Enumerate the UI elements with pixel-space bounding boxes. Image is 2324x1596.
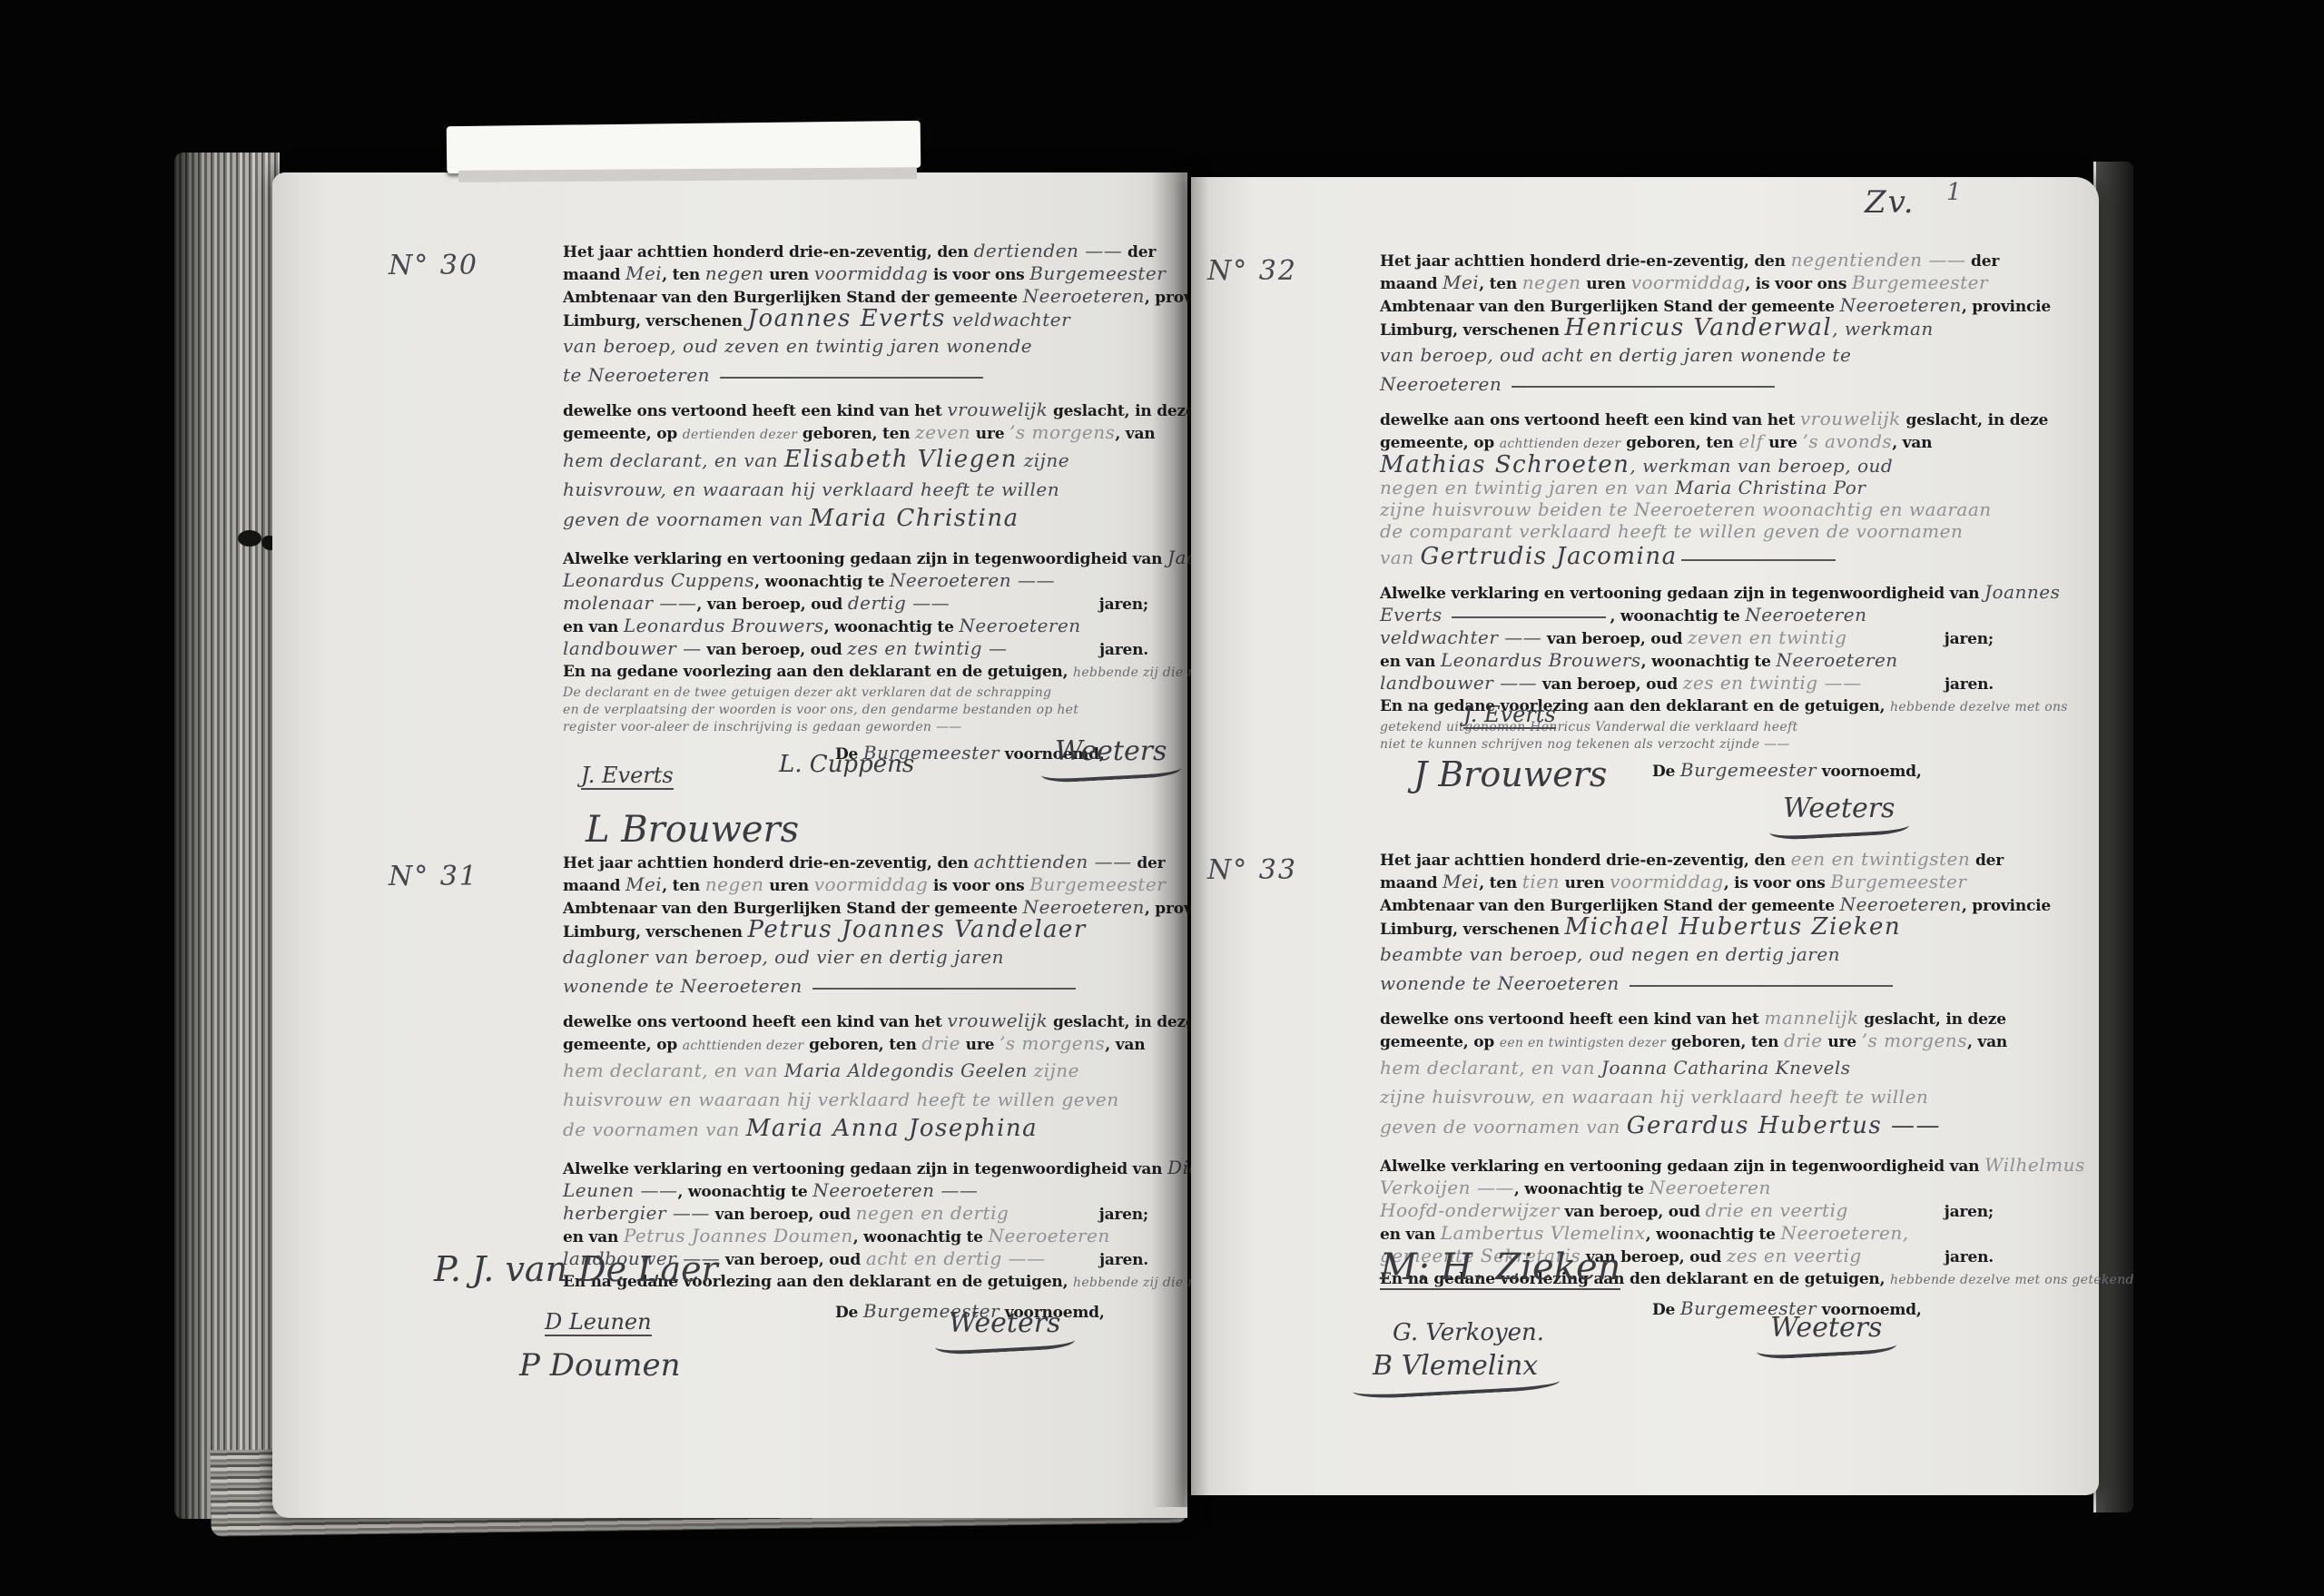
left-page-edges bbox=[174, 153, 280, 1519]
print-text: jaren; bbox=[1099, 595, 1148, 616]
print-text: , woonachtig te bbox=[754, 573, 890, 591]
handwritten-text: voormiddag bbox=[1610, 871, 1724, 892]
handwritten-text: hebbende dezelve met ons bbox=[1890, 700, 2068, 714]
handwritten-text: Hoofd-onderwijzer bbox=[1380, 1199, 1560, 1221]
record-line: Alwelke verklaring en vertooning gedaan … bbox=[1380, 582, 1994, 605]
handwritten-text: te Neeroeteren bbox=[563, 364, 716, 386]
print-text: Ambtenaar van den Burgerlijken Stand der… bbox=[563, 900, 1023, 918]
handwritten-text: elf bbox=[1738, 430, 1763, 452]
record-line: van beroep, oud zeven en twintig jaren w… bbox=[563, 332, 1148, 361]
handwritten-text: van bbox=[1380, 547, 1420, 568]
handwritten-text: zijne bbox=[1018, 449, 1069, 471]
handwritten-text: Wilhelmus bbox=[1984, 1154, 2085, 1176]
record-line: De declarant en de twee getuigen dezer a… bbox=[563, 684, 1148, 701]
print-text: der bbox=[1965, 252, 1999, 271]
handwritten-text: Gerardus Hubertus —— bbox=[1627, 1112, 1941, 1139]
print-text: maand bbox=[563, 266, 625, 284]
print-text: maand bbox=[1380, 275, 1443, 293]
handwritten-text: zes en twintig — bbox=[847, 637, 1007, 659]
print-text: Alwelke verklaring en vertooning gedaan … bbox=[1380, 1158, 1984, 1176]
print-text: jaren. bbox=[1099, 1250, 1148, 1271]
record-line: en van Leonardus Brouwers, woonachtig te… bbox=[1380, 650, 1994, 673]
print-text: Limburg, verschenen bbox=[563, 312, 748, 330]
handwritten-text: Neeroeteren bbox=[1840, 893, 1962, 915]
record-number: N° 33 bbox=[1207, 854, 1297, 886]
print-text: jaren; bbox=[1099, 1205, 1148, 1226]
print-text: , van beroep, oud bbox=[696, 596, 847, 614]
record-line: en van Petrus Joannes Doumen, woonachtig… bbox=[563, 1226, 1148, 1248]
record-line: van Gertrudis Jacomina bbox=[1380, 543, 1994, 573]
birth-act-31: N° 31Het jaar achttien honderd drie-en-z… bbox=[272, 852, 1187, 1324]
left-page: N° 30Het jaar achttien honderd drie-en-z… bbox=[272, 172, 1187, 1518]
print-text: Ambtenaar van den Burgerlijken Stand der… bbox=[563, 289, 1023, 307]
record-line: Everts , woonachtig te Neeroeteren bbox=[1380, 605, 1994, 627]
print-text: En na gedane voorlezing aan den deklaran… bbox=[563, 663, 1073, 681]
handwritten-text: niet te kunnen schrijven nog tekenen als… bbox=[1380, 737, 1790, 752]
handwritten-text: Petrus Joannes Doumen bbox=[624, 1225, 853, 1246]
record-line: maand Mei, ten negen uren voormiddag is … bbox=[563, 874, 1148, 897]
print-text: ure bbox=[960, 1036, 1000, 1054]
handwritten-text: een en twintigsten dezer bbox=[1500, 1036, 1666, 1050]
handwritten-text: negen bbox=[705, 262, 764, 284]
print-text: , woonachtig te bbox=[677, 1183, 812, 1201]
print-text: is voor ons bbox=[928, 877, 1029, 895]
handwritten-text: Joanna Catharina Knevels bbox=[1601, 1057, 1851, 1079]
handwritten-text: hebbende dezelve met ons getekend bbox=[1890, 1273, 2134, 1287]
handwritten-text: Elisabeth Vliegen bbox=[784, 446, 1018, 473]
handwritten-text: hem declarant, en van bbox=[1380, 1057, 1601, 1079]
print-text: jaren. bbox=[1099, 640, 1148, 661]
handwritten-text: Mei bbox=[625, 262, 662, 284]
sig-30-brouwers: L Brouwers bbox=[586, 809, 799, 851]
print-text: geboren, ten bbox=[1666, 1033, 1784, 1051]
record-line: hem declarant, en van Elisabeth Vliegen … bbox=[563, 446, 1148, 476]
record-line: de voornamen van Maria Anna Josephina bbox=[563, 1115, 1148, 1145]
handwritten-text: hem declarant, en van bbox=[563, 449, 784, 471]
print-text: uren bbox=[764, 266, 814, 284]
handwritten-text: achttienden dezer bbox=[1500, 437, 1621, 451]
print-text: Het jaar achttien honderd drie-en-zevent… bbox=[563, 243, 974, 261]
handwritten-text: Neeroeteren bbox=[1023, 896, 1145, 918]
sig-33-weeters: Weeters bbox=[1770, 1312, 1882, 1360]
record-line: En na gedane voorlezing aan den deklaran… bbox=[563, 661, 1148, 684]
handwritten-text: negen en twintig jaren en van bbox=[1380, 477, 1675, 498]
handwritten-text: zeven bbox=[915, 421, 970, 443]
handwritten-text: zes en twintig —— bbox=[1683, 672, 1862, 694]
print-text: voornoemd, bbox=[1817, 763, 1922, 781]
handwritten-text: Maria Christina bbox=[810, 505, 1019, 532]
handwritten-text: ’s avonds bbox=[1802, 430, 1892, 452]
print-text: uren bbox=[1560, 874, 1610, 892]
record-line: niet te kunnen schrijven nog tekenen als… bbox=[1380, 735, 1994, 753]
print-text: dewelke ons vertoond heeft een kind van … bbox=[563, 402, 947, 420]
record-line: gemeente, op een en twintigsten dezer ge… bbox=[1380, 1030, 1994, 1054]
record-line: dewelke aan ons vertoond heeft een kind … bbox=[1380, 409, 1994, 431]
ink-rule bbox=[812, 988, 1076, 990]
handwritten-text: Neeroeteren, bbox=[1780, 1222, 1908, 1244]
print-text: En na gedane voorlezing aan den deklaran… bbox=[1380, 697, 1890, 715]
print-text: geboren, ten bbox=[803, 1036, 921, 1054]
record-line: Alwelke verklaring en vertooning gedaan … bbox=[1380, 1155, 1994, 1177]
sig-31-weeters: Weeters bbox=[949, 1307, 1060, 1355]
handwritten-text: Henricus Vanderwal bbox=[1565, 314, 1833, 341]
handwritten-text: beambte van beroep, oud negen en dertig … bbox=[1380, 943, 1840, 965]
corner-annotation: Zv. bbox=[1865, 184, 1915, 221]
record-line: van beroep, oud acht en dertig jaren won… bbox=[1380, 341, 1994, 370]
record-line: dewelke ons vertoond heeft een kind van … bbox=[563, 399, 1148, 422]
print-text: , ten bbox=[662, 266, 705, 284]
handwritten-text: tien bbox=[1522, 871, 1560, 892]
handwritten-text: Leonardus Brouwers bbox=[1441, 649, 1641, 671]
ink-blob bbox=[238, 530, 261, 547]
ink-rule bbox=[1630, 985, 1893, 987]
handwritten-text: negen bbox=[705, 873, 764, 895]
record-line: en van Leonardus Brouwers, woonachtig te… bbox=[563, 616, 1148, 638]
print-text: De bbox=[1652, 1301, 1680, 1319]
right-page: Zv. 1 N° 32Het jaar achttien honderd dri… bbox=[1191, 177, 2099, 1495]
handwritten-text: Verkoijen —— bbox=[1380, 1177, 1514, 1198]
handwritten-text: een en twintigsten bbox=[1791, 848, 1971, 870]
handwritten-text: Joannes bbox=[1984, 581, 2060, 603]
handwritten-text: Mei bbox=[1443, 871, 1479, 892]
handwritten-text: zijne huisvrouw beiden te Neeroeteren wo… bbox=[1380, 498, 1992, 520]
record-line: veldwachter —— van beroep, oud zeven en … bbox=[1380, 627, 1994, 650]
print-text: , ten bbox=[1479, 874, 1522, 892]
record-line: Het jaar achttien honderd drie-en-zevent… bbox=[563, 852, 1148, 874]
handwritten-text: van beroep, oud zeven en twintig jaren w… bbox=[563, 335, 1032, 357]
handwritten-text: mannelijk bbox=[1764, 1007, 1858, 1029]
handwritten-text: Michael Hubertus Zieken bbox=[1565, 913, 1902, 941]
print-text: en van bbox=[563, 1228, 624, 1246]
record-line: herbergier —— van beroep, oud negen en d… bbox=[563, 1203, 1148, 1226]
handwritten-text: achttienden dezer bbox=[683, 1039, 804, 1053]
print-text: , is voor ons bbox=[1745, 275, 1852, 293]
handwritten-text: ’s morgens bbox=[1862, 1030, 1967, 1051]
handwritten-text: geven de voornamen van bbox=[1380, 1116, 1627, 1138]
print-text: jaren; bbox=[1945, 1202, 1994, 1223]
handwritten-text: Maria Aldegondis Geelen bbox=[784, 1059, 1028, 1081]
record-line: Limburg, verschenen Henricus Vanderwal, … bbox=[1380, 318, 1994, 341]
record-line: zijne huisvrouw, en waaraan hij verklaar… bbox=[1380, 1083, 1994, 1112]
sig-32-everts: J. Everts bbox=[1463, 702, 1556, 729]
sig-33-verkoyen: G. Verkoyen. bbox=[1393, 1319, 1544, 1346]
handwritten-text: negen en dertig bbox=[856, 1202, 1009, 1224]
handwritten-text: Neeroeteren bbox=[988, 1225, 1109, 1246]
handwritten-text: Neeroeteren bbox=[1023, 285, 1145, 307]
handwritten-text: ’s morgens bbox=[1000, 1032, 1105, 1054]
print-text: jaren; bbox=[1945, 629, 1994, 650]
sig-31-doumen: P Doumen bbox=[519, 1347, 681, 1384]
record-line: register voor-aleer de inschrijving is g… bbox=[563, 718, 1148, 735]
print-text: , ten bbox=[1479, 275, 1522, 293]
print-text: , woonachtig te bbox=[1641, 653, 1777, 671]
handwritten-text: zes en veertig bbox=[1727, 1245, 1862, 1266]
print-text: geslacht, in deze bbox=[1048, 402, 1195, 420]
print-text: van beroep, oud bbox=[702, 641, 848, 659]
record-line: en de verplaatsing der woorden is voor o… bbox=[563, 701, 1148, 718]
sig-33-vlemelinx: B Vlemelinx bbox=[1373, 1350, 1538, 1398]
record-line: Het jaar achttien honderd drie-en-zevent… bbox=[1380, 250, 1994, 272]
handwritten-text: veldwachter —— bbox=[1380, 626, 1541, 648]
record-line: Leonardus Cuppens, woonachtig te Neeroet… bbox=[563, 570, 1148, 593]
print-text: gemeente, op bbox=[1380, 434, 1500, 452]
record-body: Het jaar achttien honderd drie-en-zevent… bbox=[563, 241, 1148, 765]
corner-page-number: 1 bbox=[1946, 179, 1962, 206]
handwritten-text: en de verplaatsing der woorden is voor o… bbox=[563, 703, 1078, 717]
handwritten-text: Mathias Schroeten bbox=[1380, 451, 1630, 478]
record-line: maand Mei, ten tien uren voormiddag, is … bbox=[1380, 872, 1994, 894]
print-text: dewelke ons vertoond heeft een kind van … bbox=[1380, 1010, 1764, 1029]
print-text: geslacht, in deze bbox=[1901, 411, 2048, 429]
print-text: jaren. bbox=[1945, 1247, 1994, 1268]
handwritten-text: dertienden —— bbox=[974, 240, 1123, 261]
handwritten-text: huisvrouw, en waaraan hij verklaard heef… bbox=[563, 478, 1059, 500]
print-text: Het jaar achttien honderd drie-en-zevent… bbox=[1380, 852, 1791, 870]
handwritten-text: Maria Anna Josephina bbox=[746, 1115, 1038, 1142]
handwritten-text: , werkman van beroep, oud bbox=[1630, 455, 1893, 477]
handwritten-text: zijne bbox=[1028, 1059, 1079, 1081]
record-line: landbouwer — van beroep, oud zes en twin… bbox=[563, 638, 1148, 661]
record-line: zijne huisvrouw beiden te Neeroeteren wo… bbox=[1380, 499, 1994, 521]
handwritten-text: de comparant verklaard heeft te willen g… bbox=[1380, 520, 1963, 542]
birth-act-33: N° 33Het jaar achttien honderd drie-en-z… bbox=[1191, 849, 2099, 1321]
handwritten-text: Neeroeteren bbox=[1380, 373, 1508, 395]
print-text: dewelke ons vertoond heeft een kind van … bbox=[563, 1013, 947, 1031]
print-text: van beroep, oud bbox=[710, 1206, 856, 1224]
handwritten-text: Leonardus Brouwers bbox=[624, 615, 824, 636]
handwritten-text: Burgemeester bbox=[1680, 759, 1817, 781]
ink-rule bbox=[1452, 616, 1606, 618]
handwritten-text: Joannes Everts bbox=[748, 305, 946, 332]
print-text: gemeente, op bbox=[1380, 1033, 1500, 1051]
sig-30-weeters: Weeters bbox=[1055, 735, 1167, 783]
handwritten-text: Neeroeteren —— bbox=[890, 569, 1055, 591]
print-text: en van bbox=[563, 618, 624, 636]
handwritten-text: acht en dertig —— bbox=[866, 1247, 1046, 1269]
handwritten-text: voormiddag bbox=[1631, 271, 1746, 293]
print-text: der bbox=[1122, 243, 1156, 261]
handwritten-text: molenaar —— bbox=[563, 592, 696, 614]
record-line: huisvrouw, en waaraan hij verklaard heef… bbox=[563, 476, 1148, 505]
handwritten-text: wonende te Neeroeteren bbox=[563, 975, 809, 997]
handwritten-text: Mei bbox=[625, 873, 662, 895]
record-line: hem declarant, en van Maria Aldegondis G… bbox=[563, 1057, 1148, 1086]
sig-31-leunen: D Leunen bbox=[545, 1309, 652, 1336]
record-line: geven de voornamen van Maria Christina bbox=[563, 505, 1148, 535]
ink-rule bbox=[720, 377, 983, 379]
handwritten-text: Burgemeester bbox=[1029, 262, 1166, 284]
record-line: Limburg, verschenen Joannes Everts veldw… bbox=[563, 309, 1148, 332]
record-line: maand Mei, ten negen uren voormiddag is … bbox=[563, 263, 1148, 286]
record-line: Limburg, verschenen Michael Hubertus Zie… bbox=[1380, 917, 1994, 941]
record-line: huisvrouw en waaraan hij verklaard heeft… bbox=[563, 1086, 1148, 1115]
handwritten-text: Gertrudis Jacomina bbox=[1420, 543, 1677, 570]
print-text: gemeente, op bbox=[563, 1036, 683, 1054]
handwritten-text: dagloner van beroep, oud vier en dertig … bbox=[563, 946, 1004, 968]
handwritten-text: Burgemeester bbox=[1852, 271, 1988, 293]
record-number: N° 30 bbox=[389, 250, 478, 281]
sig-30-everts: J. Everts bbox=[581, 763, 674, 790]
print-text: Limburg, verschenen bbox=[563, 923, 748, 941]
handwritten-text: landbouwer —— bbox=[1380, 672, 1537, 694]
handwritten-text: hem declarant, en van bbox=[563, 1059, 784, 1081]
handwritten-text: zeven en twintig bbox=[1688, 626, 1847, 648]
print-text: Alwelke verklaring en vertooning gedaan … bbox=[1380, 585, 1984, 603]
handwritten-text: wonende te Neeroeteren bbox=[1380, 972, 1626, 994]
right-page-edges bbox=[2093, 162, 2133, 1512]
handwritten-text: drie en veertig bbox=[1706, 1199, 1848, 1221]
print-text: , woonachtig te bbox=[1514, 1180, 1649, 1198]
handwritten-text: zijne huisvrouw, en waaraan hij verklaar… bbox=[1380, 1086, 1928, 1108]
print-text: geslacht, in deze bbox=[1048, 1013, 1195, 1031]
record-line: wonende te Neeroeteren bbox=[1380, 970, 1994, 999]
handwritten-text: Neeroeteren —— bbox=[812, 1179, 978, 1201]
handwritten-text: De declarant en de twee getuigen dezer a… bbox=[563, 685, 1051, 700]
print-text: , woonachtig te bbox=[853, 1228, 989, 1246]
print-text: Het jaar achttien honderd drie-en-zevent… bbox=[1380, 252, 1791, 271]
handwritten-text: geven de voornamen van bbox=[563, 508, 810, 530]
print-text: Het jaar achttien honderd drie-en-zevent… bbox=[563, 854, 974, 872]
handwritten-text: vrouwelijk bbox=[947, 399, 1048, 420]
print-text: Alwelke verklaring en vertooning gedaan … bbox=[563, 1160, 1167, 1178]
handwritten-text: van beroep, oud acht en dertig jaren won… bbox=[1380, 344, 1851, 366]
handwritten-text: drie bbox=[921, 1032, 960, 1054]
print-text: , van bbox=[1892, 434, 1932, 452]
handwritten-text: negen bbox=[1522, 271, 1581, 293]
handwritten-text: getekend uitgenomen Henricus Vanderwal d… bbox=[1380, 720, 1797, 734]
record-line: Leunen ——, woonachtig te Neeroeteren —— bbox=[563, 1180, 1148, 1203]
record-line: wonende te Neeroeteren bbox=[563, 972, 1148, 1001]
record-line: maand Mei, ten negen uren voormiddag, is… bbox=[1380, 272, 1994, 295]
ink-rule bbox=[1681, 559, 1836, 561]
print-text: ure bbox=[1823, 1033, 1862, 1051]
handwritten-text: voormiddag bbox=[814, 873, 929, 895]
print-text: geboren, ten bbox=[1620, 434, 1738, 452]
print-text: der bbox=[1970, 852, 2004, 870]
record-line: dewelke ons vertoond heeft een kind van … bbox=[563, 1010, 1148, 1033]
record-number: N° 32 bbox=[1207, 255, 1297, 287]
handwritten-text: Neeroeteren bbox=[1649, 1177, 1771, 1198]
print-text: en van bbox=[1380, 653, 1441, 671]
print-text: van beroep, oud bbox=[1541, 630, 1688, 648]
print-text: Ambtenaar van den Burgerlijken Stand der… bbox=[1380, 897, 1840, 915]
print-text: en van bbox=[1380, 1226, 1441, 1244]
print-text: van beroep, oud bbox=[720, 1251, 866, 1269]
register-scan-photo: N° 30Het jaar achttien honderd drie-en-z… bbox=[0, 0, 2324, 1596]
handwritten-text: achttienden —— bbox=[974, 851, 1132, 872]
handwritten-text: Mei bbox=[1443, 271, 1479, 293]
record-line: dagloner van beroep, oud vier en dertig … bbox=[563, 943, 1148, 972]
sig-30-cuppens: L. Cuppens bbox=[779, 751, 914, 778]
handwritten-text: ’s morgens bbox=[1009, 421, 1115, 443]
handwritten-text: Petrus Joannes Vandelaer bbox=[748, 916, 1087, 943]
ink-rule bbox=[1512, 386, 1775, 388]
handwritten-text: Maria Christina Por bbox=[1675, 477, 1866, 498]
print-text: uren bbox=[1581, 275, 1631, 293]
record-line: gemeente, op achttienden dezer geboren, … bbox=[563, 1033, 1148, 1057]
print-text: , van bbox=[1115, 425, 1155, 443]
print-text: ure bbox=[970, 425, 1009, 443]
handwritten-text: negentienden —— bbox=[1791, 249, 1966, 271]
record-line: Het jaar achttien honderd drie-en-zevent… bbox=[1380, 849, 1994, 872]
print-text: dewelke aan ons vertoond heeft een kind … bbox=[1380, 411, 1800, 429]
record-number: N° 31 bbox=[389, 861, 478, 892]
record-line: Neeroeteren bbox=[1380, 370, 1994, 399]
handwritten-text: Leunen —— bbox=[563, 1179, 677, 1201]
handwritten-text: vrouwelijk bbox=[947, 1010, 1048, 1031]
handwritten-text: voormiddag bbox=[814, 262, 929, 284]
print-text: geslacht, in deze bbox=[1858, 1010, 2005, 1029]
record-line: Alwelke verklaring en vertooning gedaan … bbox=[563, 547, 1148, 570]
print-text: van beroep, oud bbox=[1537, 675, 1683, 694]
record-line: hem declarant, en van Joanna Catharina K… bbox=[1380, 1054, 1994, 1083]
print-text: gemeente, op bbox=[563, 425, 683, 443]
handwritten-text: register voor-aleer de inschrijving is g… bbox=[563, 720, 962, 734]
record-line: landbouwer —— van beroep, oud zes en twi… bbox=[1380, 673, 1994, 695]
handwritten-text: landbouwer — bbox=[563, 637, 702, 659]
handwritten-text: de voornamen van bbox=[563, 1118, 746, 1140]
record-line: Verkoijen ——, woonachtig te Neeroeteren bbox=[1380, 1177, 1994, 1200]
record-line: de comparant verklaard heeft te willen g… bbox=[1380, 521, 1994, 543]
handwritten-text: Neeroeteren bbox=[1840, 294, 1962, 316]
handwritten-text: , werkman bbox=[1832, 318, 1934, 340]
sig-31-vandelaer: P. J. van De Laer bbox=[434, 1249, 718, 1289]
record-line: molenaar ——, van beroep, oud dertig ——ja… bbox=[563, 593, 1148, 616]
handwritten-text: Burgemeester bbox=[1029, 873, 1166, 895]
print-text: van beroep, oud bbox=[1560, 1203, 1706, 1221]
handwritten-text: Leonardus Cuppens bbox=[563, 569, 754, 591]
sig-32-weeters: Weeters bbox=[1783, 793, 1895, 841]
record-line: Limburg, verschenen Petrus Joannes Vande… bbox=[563, 920, 1148, 943]
sig-32-brouwers: J Brouwers bbox=[1413, 754, 1607, 794]
handwritten-text: huisvrouw en waaraan hij verklaard heeft… bbox=[563, 1089, 1119, 1110]
record-line: Het jaar achttien honderd drie-en-zevent… bbox=[563, 241, 1148, 263]
print-text: , woonachtig te bbox=[824, 618, 960, 636]
print-text: , van bbox=[1967, 1033, 2007, 1051]
record-line: negen en twintig jaren en van Maria Chri… bbox=[1380, 478, 1994, 499]
print-text: is voor ons bbox=[928, 266, 1029, 284]
handwritten-text: Neeroeteren bbox=[1745, 604, 1866, 626]
print-text: De bbox=[835, 1304, 863, 1322]
record-line: te Neeroeteren bbox=[563, 361, 1148, 390]
print-text: , provincie bbox=[1962, 298, 2051, 316]
print-text: Alwelke verklaring en vertooning gedaan … bbox=[563, 550, 1167, 568]
handwritten-text: Neeroeteren bbox=[959, 615, 1080, 636]
record-line: Mathias Schroeten, werkman van beroep, o… bbox=[1380, 455, 1994, 478]
print-text: , van bbox=[1105, 1036, 1145, 1054]
record-line: beambte van beroep, oud negen en dertig … bbox=[1380, 941, 1994, 970]
print-text: maand bbox=[563, 877, 625, 895]
print-text: , provincie bbox=[1962, 897, 2051, 915]
print-text: De bbox=[1652, 763, 1680, 781]
print-text: , ten bbox=[662, 877, 705, 895]
handwritten-text: vrouwelijk bbox=[1800, 408, 1901, 429]
print-text: uren bbox=[764, 877, 814, 895]
handwritten-text: Everts bbox=[1380, 604, 1448, 626]
print-text: Limburg, verschenen bbox=[1380, 321, 1565, 340]
print-text: Limburg, verschenen bbox=[1380, 921, 1565, 939]
record-line: en van Lambertus Vlemelinx, woonachtig t… bbox=[1380, 1223, 1994, 1246]
print-text: jaren. bbox=[1945, 675, 1994, 695]
record-line: Alwelke verklaring en vertooning gedaan … bbox=[563, 1158, 1148, 1180]
handwritten-text: dertig —— bbox=[848, 592, 950, 614]
handwritten-text: drie bbox=[1784, 1030, 1823, 1051]
handwritten-text: Lambertus Vlemelinx bbox=[1441, 1222, 1646, 1244]
handwritten-text: Neeroeteren bbox=[1776, 649, 1897, 671]
record-line: De Burgemeester voornoemd, bbox=[1380, 1298, 1994, 1321]
birth-act-32: N° 32Het jaar achttien honderd drie-en-z… bbox=[1191, 250, 2099, 783]
print-text: der bbox=[1132, 854, 1166, 872]
